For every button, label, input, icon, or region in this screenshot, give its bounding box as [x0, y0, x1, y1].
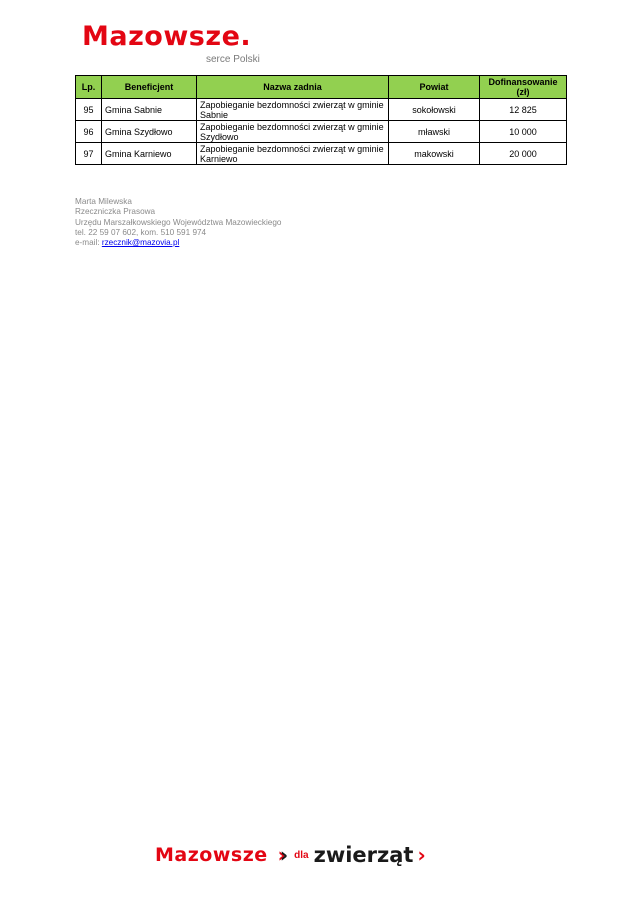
table-row: 95 Gmina Sabnie Zapobieganie bezdomności…: [76, 99, 567, 121]
cell-beneficjent: Gmina Szydłowo: [102, 121, 197, 143]
logo-tagline: serce Polski: [206, 54, 260, 66]
cell-lp: 97: [76, 143, 102, 165]
logo-wordmark: Mazowsze.: [82, 22, 251, 52]
col-dofinansowanie: Dofinansowanie (zł): [480, 76, 567, 99]
cell-beneficjent: Gmina Karniewo: [102, 143, 197, 165]
cell-dofinansowanie: 20 000: [480, 143, 567, 165]
footer-zwierzat: zwierząt: [314, 843, 414, 867]
contact-role: Rzeczniczka Prasowa: [75, 207, 281, 217]
contact-email-line: e-mail: rzecznik@mazovia.pl: [75, 238, 281, 248]
cell-powiat: sokołowski: [389, 99, 480, 121]
cell-beneficjent: Gmina Sabnie: [102, 99, 197, 121]
grants-table: Lp. Beneficjent Nazwa zadnia Powiat Dofi…: [75, 75, 567, 165]
cell-dofinansowanie: 12 825: [480, 99, 567, 121]
double-chevron-icon: ››: [278, 845, 289, 865]
email-link[interactable]: rzecznik@mazovia.pl: [102, 238, 179, 247]
chevron-right-icon: ›: [417, 843, 425, 867]
cell-lp: 95: [76, 99, 102, 121]
footer-wordmark: Mazowsze: [155, 844, 268, 866]
col-nazwa: Nazwa zadnia: [197, 76, 389, 99]
table-row: 97 Gmina Karniewo Zapobieganie bezdomnoś…: [76, 143, 567, 165]
cell-powiat: mławski: [389, 121, 480, 143]
contact-name: Marta Milewska: [75, 197, 281, 207]
table-header-row: Lp. Beneficjent Nazwa zadnia Powiat Dofi…: [76, 76, 567, 99]
col-beneficjent: Beneficjent: [102, 76, 197, 99]
footer-dla: dla: [294, 850, 308, 861]
contact-phone: tel. 22 59 07 602, kom. 510 591 974: [75, 228, 281, 238]
cell-nazwa: Zapobieganie bezdomności zwierząt w gmin…: [197, 143, 389, 165]
contact-block: Marta Milewska Rzeczniczka Prasowa Urzęd…: [75, 197, 281, 248]
cell-lp: 96: [76, 121, 102, 143]
cell-powiat: makowski: [389, 143, 480, 165]
cell-nazwa: Zapobieganie bezdomności zwierząt w gmin…: [197, 99, 389, 121]
email-label: e-mail:: [75, 238, 102, 247]
contact-office: Urzędu Marszałkowskiego Województwa Mazo…: [75, 218, 281, 228]
col-dofinansowanie-label: Dofinansowanie (zł): [483, 77, 563, 97]
col-powiat: Powiat: [389, 76, 480, 99]
table-row: 96 Gmina Szydłowo Zapobieganie bezdomnoś…: [76, 121, 567, 143]
cell-nazwa: Zapobieganie bezdomności zwierząt w gmin…: [197, 121, 389, 143]
cell-dofinansowanie: 10 000: [480, 121, 567, 143]
mazowsze-logo: Mazowsze. serce Polski: [82, 22, 282, 67]
col-lp: Lp.: [76, 76, 102, 99]
mazowsze-dla-zwierzat-logo: Mazowsze ›› dla zwierząt ›: [155, 840, 485, 870]
